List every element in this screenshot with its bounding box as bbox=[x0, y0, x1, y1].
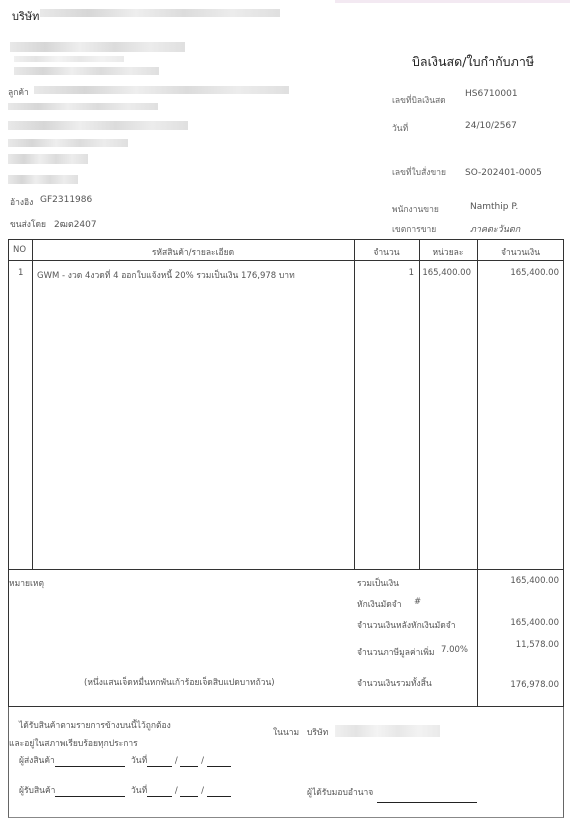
amount-in-words: (หนึ่งแสนเจ็ดหมื่นหกพันเก้าร้อยเจ็ดสิบแป… bbox=[84, 675, 275, 689]
bill-no-label: เลขที่บิลเงินสด bbox=[392, 93, 446, 107]
grand-total-label: จำนวนเงินรวมทั้งสิ้น bbox=[357, 676, 432, 690]
receiver-date-label: วันที่ bbox=[131, 786, 147, 796]
on-behalf-label: ในนาม bbox=[273, 725, 299, 739]
shipped-by-label: ขนส่งโดย bbox=[10, 217, 46, 231]
address-redacted-2 bbox=[14, 56, 124, 62]
customer-address-redacted-2 bbox=[8, 121, 188, 130]
deposit-label: หักเงินมัดจำ bbox=[357, 597, 402, 611]
remark-label: หมายเหตุ bbox=[9, 576, 44, 590]
authorized-label: ผู้ได้รับมอบอำนาจ bbox=[307, 788, 373, 798]
row-qty: 1 bbox=[354, 268, 414, 278]
reference-label: อ้างอิง bbox=[10, 195, 33, 209]
authorized-signature-line: ผู้ได้รับมอบอำนาจ bbox=[307, 785, 373, 799]
bill-no-value: HS6710001 bbox=[465, 89, 518, 99]
sender-label: ผู้ส่งสินค้า bbox=[19, 756, 55, 766]
customer-name-redacted bbox=[34, 86, 289, 94]
receiver-date-line: วันที่ / / bbox=[131, 783, 231, 797]
customer-label: ลูกค้า bbox=[8, 85, 29, 99]
sender-signature-line: ผู้ส่งสินค้า bbox=[19, 753, 125, 767]
date-value: 24/10/2567 bbox=[465, 121, 517, 131]
date-label: วันที่ bbox=[392, 121, 408, 135]
col-divider bbox=[477, 240, 478, 569]
vat-rate: 7.00% bbox=[441, 645, 468, 655]
salesperson-label: พนักงานขาย bbox=[392, 202, 439, 216]
deposit-value: # bbox=[414, 597, 421, 607]
col-divider bbox=[32, 240, 33, 569]
row-no: 1 bbox=[18, 268, 23, 278]
address-redacted-3 bbox=[14, 67, 159, 75]
received-text-line2: และอยู่ในสภาพเรียบร้อยทุกประการ bbox=[9, 736, 138, 750]
customer-address-redacted-1 bbox=[8, 103, 158, 110]
header-qty: จำนวน bbox=[354, 245, 419, 259]
header-no: NO bbox=[13, 245, 26, 255]
header-description: รหัสสินค้า/รายละเอียด bbox=[32, 245, 354, 259]
sales-area-label: เขตการขาย bbox=[392, 222, 436, 236]
receiver-signature-line: ผู้รับสินค้า bbox=[19, 783, 125, 797]
salesperson-value: Namthip P. bbox=[470, 202, 518, 212]
header-unit-price: หน่วยละ bbox=[419, 245, 477, 259]
subtotal-value: 165,400.00 bbox=[477, 576, 559, 586]
signature-section: ได้รับสินค้าตามรายการข้างบนนี้ไว้ถูกต้อง… bbox=[8, 707, 564, 818]
reference-value: GF2311986 bbox=[40, 195, 92, 205]
receiver-label: ผู้รับสินค้า bbox=[19, 786, 55, 796]
received-text-line1: ได้รับสินค้าตามรายการข้างบนนี้ไว้ถูกต้อง bbox=[19, 718, 171, 732]
on-behalf-company-label: บริษัท bbox=[307, 725, 328, 739]
customer-address-redacted-4 bbox=[8, 154, 88, 164]
grand-total-value: 176,978.00 bbox=[477, 680, 559, 690]
so-value: SO-202401-0005 bbox=[465, 168, 542, 178]
col-divider bbox=[354, 240, 355, 569]
after-deposit-label: จำนวนเงินหลังหักเงินมัดจำ bbox=[357, 618, 455, 632]
shipped-by-value: 2ฒต2407 bbox=[54, 217, 97, 231]
row-description: GWM - งวด 4งวดที่ 4 ออกใบแจ้งหนี้ 20% รว… bbox=[37, 268, 295, 282]
sender-date-line: วันที่ / / bbox=[131, 753, 231, 767]
vat-label: จำนวนภาษีมูลค่าเพิ่ม bbox=[357, 645, 435, 659]
vat-value: 11,578.00 bbox=[477, 640, 559, 650]
customer-address-redacted-3 bbox=[8, 139, 128, 147]
sales-area-value: ภาคตะวันตก bbox=[470, 222, 520, 236]
row-unit-price: 165,400.00 bbox=[419, 268, 471, 278]
header-amount: จำนวนเงิน bbox=[477, 245, 564, 259]
after-deposit-value: 165,400.00 bbox=[477, 618, 559, 628]
customer-address-redacted-5 bbox=[8, 175, 78, 184]
address-redacted-1 bbox=[10, 42, 185, 52]
row-amount: 165,400.00 bbox=[477, 268, 559, 278]
company-name-redacted bbox=[40, 9, 280, 17]
subtotal-label: รวมเป็นเงิน bbox=[357, 576, 399, 590]
items-table: NO รหัสสินค้า/รายละเอียด จำนวน หน่วยละ จ… bbox=[8, 239, 564, 570]
document-title: บิลเงินสด/ใบกำกับภาษี bbox=[412, 52, 534, 72]
so-label: เลขที่ใบสั่งขาย bbox=[392, 165, 446, 179]
authorized-underline bbox=[377, 802, 477, 803]
summary-section: หมายเหตุ (หนึ่งแสนเจ็ดหมื่นหกพันเก้าร้อย… bbox=[8, 570, 564, 707]
top-border-accent bbox=[335, 0, 570, 3]
on-behalf-company-redacted bbox=[335, 725, 440, 737]
company-label: บริษัท bbox=[12, 7, 39, 25]
col-divider bbox=[419, 240, 420, 569]
sender-date-label: วันที่ bbox=[131, 756, 147, 766]
